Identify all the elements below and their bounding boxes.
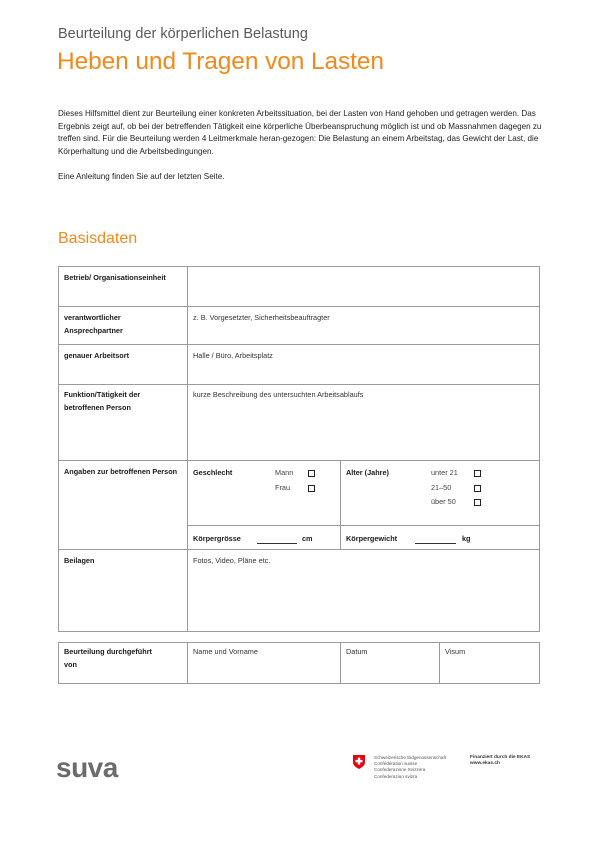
row-divider: [58, 460, 540, 461]
checkbox-21-50[interactable]: [474, 485, 481, 492]
checkbox-frau[interactable]: [308, 485, 315, 492]
beurteilung-label: Beurteilung durchgeführt von: [64, 646, 154, 671]
koerpergewicht-unit: kg: [462, 533, 471, 546]
koerpergewicht-input[interactable]: [415, 543, 456, 544]
koerpergroesse-input[interactable]: [257, 543, 297, 544]
checkbox-ueber-50[interactable]: [474, 499, 481, 506]
arbeitsort-field[interactable]: Halle / Büro, Arbeitsplatz: [193, 350, 273, 363]
column-divider: [340, 460, 341, 549]
row-divider: [58, 306, 540, 307]
datum-field[interactable]: Datum: [346, 646, 368, 659]
koerpergroesse-label: Körpergrösse: [193, 533, 241, 546]
document-supertitle: Beurteilung der körperlichen Belastung: [58, 26, 308, 42]
option-mann-label: Mann: [275, 467, 293, 480]
beilagen-field[interactable]: Fotos, Video, Pläne etc.: [193, 555, 270, 568]
person-label: Angaben zur betroffenen Person: [64, 466, 179, 479]
ekas-credit: Finanziert durch die EKAS www.ekas.ch: [470, 755, 530, 767]
column-divider: [439, 642, 440, 684]
row-divider: [58, 549, 540, 550]
intro-text: Dieses Hilfsmittel dient zur Beurteilung…: [58, 108, 548, 196]
suva-logo: suva: [56, 752, 118, 784]
betrieb-label: Betrieb/ Organisationseinheit: [64, 272, 179, 285]
koerpergroesse-unit: cm: [302, 533, 313, 546]
arbeitsort-label: genauer Arbeitsort: [64, 350, 179, 363]
row-divider: [58, 384, 540, 385]
confederation-text: Schweizerische Eidgenossenschaft Confédé…: [374, 755, 446, 780]
ekas-url[interactable]: www.ekas.ch: [470, 761, 530, 767]
koerpergewicht-label: Körpergewicht: [346, 533, 397, 546]
confederation-line: Confederaziun svizra: [374, 774, 446, 780]
betrieb-field[interactable]: [192, 272, 532, 300]
row-divider: [58, 344, 540, 345]
checkbox-unter-21[interactable]: [474, 470, 481, 477]
alter-label: Alter (Jahre): [346, 467, 389, 480]
row-divider: [187, 525, 540, 526]
ansprechpartner-label: verantwortlicher Ansprechpartner: [64, 312, 179, 337]
section-title-basisdaten: Basisdaten: [58, 230, 137, 248]
funktion-label: Funktion/Tätigkeit der betroffenen Perso…: [64, 389, 176, 414]
visum-field[interactable]: Visum: [445, 646, 465, 659]
intro-instruction: Eine Anleitung finden Sie auf der letzte…: [58, 171, 548, 184]
funktion-field[interactable]: kurze Beschreibung des untersuchten Arbe…: [193, 389, 363, 402]
ansprechpartner-field[interactable]: z. B. Vorgesetzter, Sicherheitsbeauftrag…: [193, 312, 330, 325]
column-divider: [187, 642, 188, 684]
option-unter-21-label: unter 21: [431, 467, 458, 480]
intro-paragraph: Dieses Hilfsmittel dient zur Beurteilung…: [58, 108, 548, 158]
option-21-50-label: 21–50: [431, 482, 451, 495]
geschlecht-label: Geschlecht: [193, 467, 232, 480]
column-divider: [340, 642, 341, 684]
document-title: Heben und Tragen von Lasten: [57, 48, 384, 76]
beilagen-label: Beilagen: [64, 555, 94, 568]
swiss-cross-shield-icon: [353, 755, 365, 769]
checkbox-mann[interactable]: [308, 470, 315, 477]
option-ueber-50-label: über 50: [431, 496, 456, 509]
name-field[interactable]: Name und Vorname: [193, 646, 258, 659]
option-frau-label: Frau: [275, 482, 290, 495]
column-divider: [187, 266, 188, 632]
